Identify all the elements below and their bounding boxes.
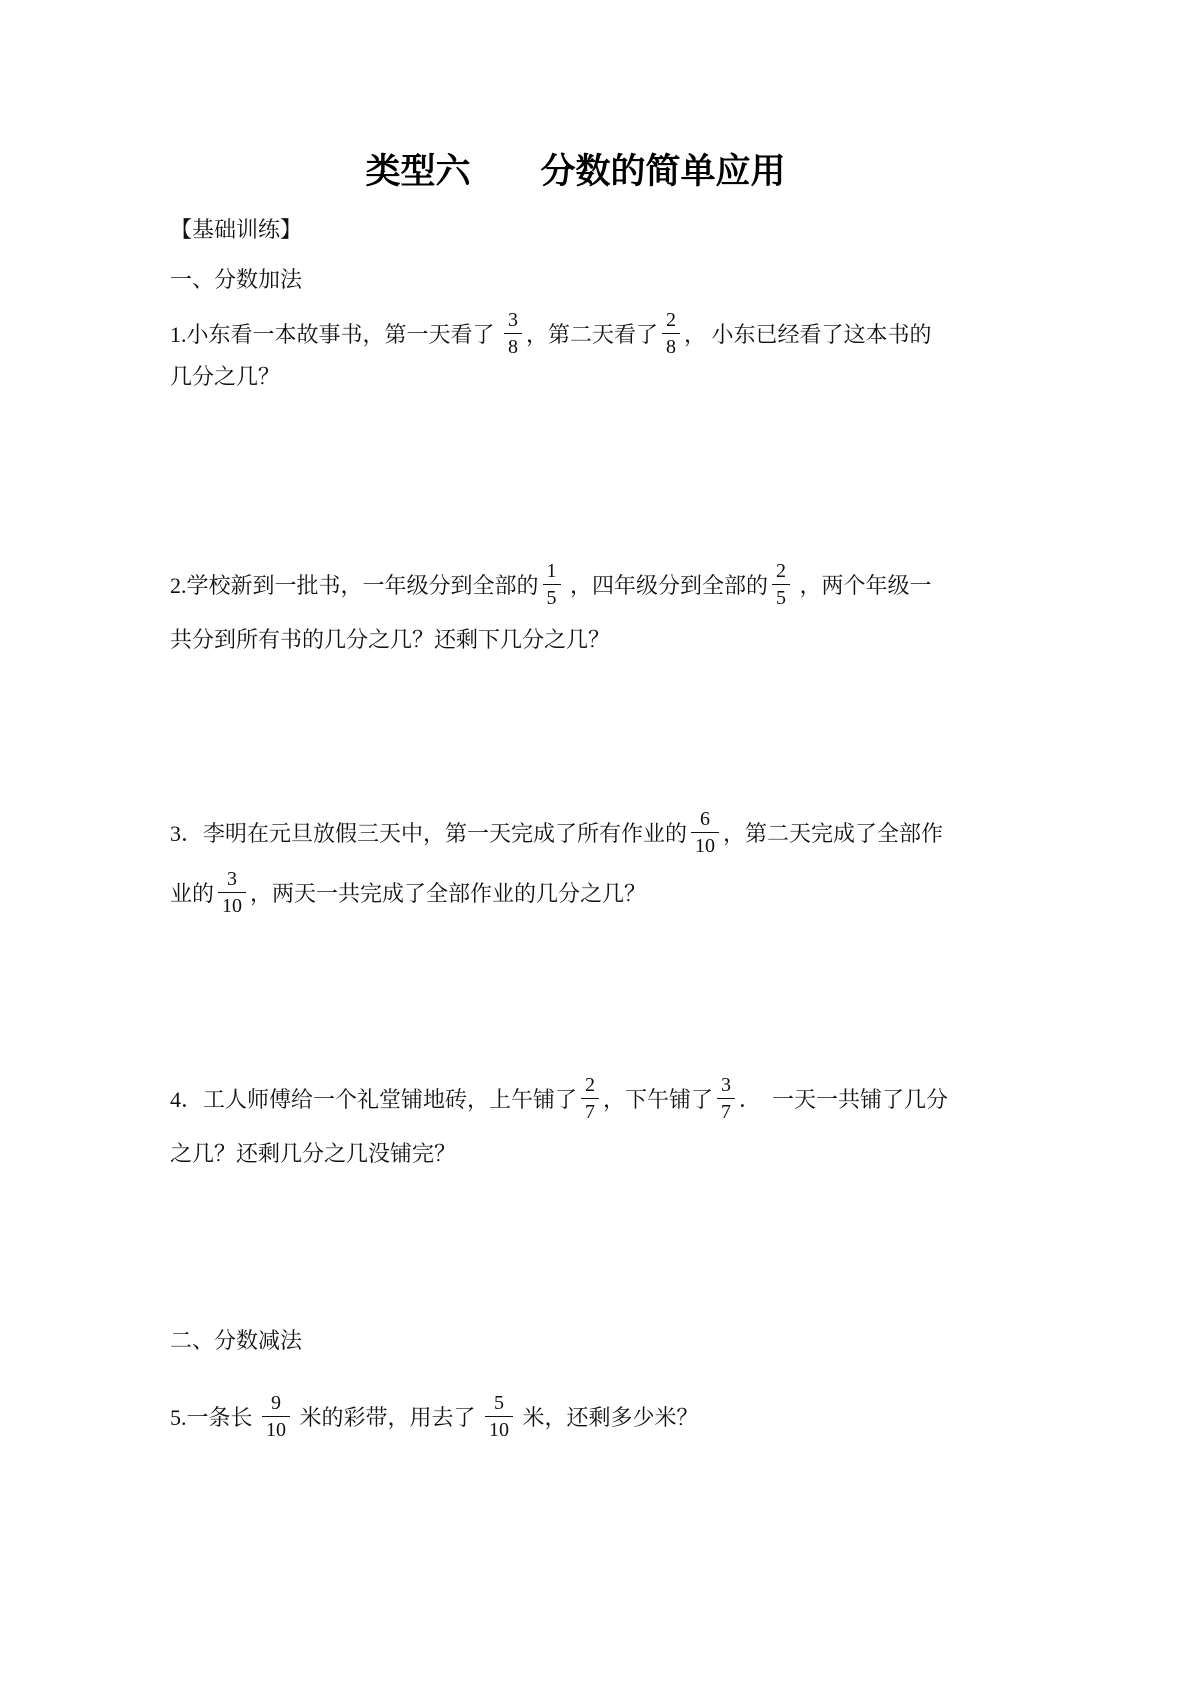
question-3-line-2: 业的310，两天一共完成了全部作业的几分之几？ (170, 863, 981, 921)
fraction-denominator: 10 (262, 1416, 290, 1440)
text-run: ， 小东已经看了这本书的 (684, 318, 932, 349)
part1-heading: 一、分数加法 (170, 266, 981, 294)
fraction-denominator: 5 (543, 584, 561, 608)
fraction: 27 (581, 1075, 599, 1122)
fraction-denominator: 8 (504, 333, 522, 357)
fraction-denominator: 10 (485, 1416, 513, 1440)
fraction-numerator: 3 (223, 869, 241, 892)
question-4-line-2: 之几？还剩几分之几没铺完？ (170, 1141, 981, 1167)
fraction-numerator: 3 (504, 310, 522, 333)
page-title: 类型六 分数的简单应用 (170, 150, 981, 194)
fraction-numerator: 2 (581, 1075, 599, 1098)
fraction: 510 (485, 1393, 513, 1440)
section-label: 【基础训练】 (170, 216, 981, 244)
fraction-denominator: 7 (581, 1098, 599, 1122)
fraction-denominator: 5 (772, 584, 790, 608)
text-run: ，四年级分到全部的 (565, 569, 769, 600)
fraction-numerator: 2 (662, 310, 680, 333)
fraction: 15 (543, 561, 561, 608)
question-1-line-2: 几分之几？ (170, 364, 981, 390)
fraction-denominator: 10 (691, 832, 719, 856)
question-4-line-1: 4．工人师傅给一个礼堂铺地砖，上午铺了27，下午铺了37． 一天一共铺了几分 (170, 1069, 981, 1127)
text-run: 2.学校新到一批书，一年级分到全部的 (170, 569, 539, 600)
fraction-numerator: 3 (717, 1075, 735, 1098)
part2-heading: 二、分数减法 (170, 1327, 981, 1355)
fraction-denominator: 7 (717, 1098, 735, 1122)
text-run: ，两天一共完成了全部作业的几分之几？ (250, 877, 646, 908)
fraction-numerator: 1 (543, 561, 561, 584)
fraction: 910 (262, 1393, 290, 1440)
text-run: ，第二天看了 (526, 318, 658, 349)
fraction-numerator: 9 (267, 1393, 285, 1416)
text-run: 5.一条长 (170, 1401, 258, 1432)
text-run: 业的 (170, 877, 214, 908)
question-2-line-1: 2.学校新到一批书，一年级分到全部的15 ，四年级分到全部的25 ，两个年级一 (170, 555, 981, 613)
text-run: ，两个年级一 (794, 569, 932, 600)
fraction-numerator: 5 (490, 1393, 508, 1416)
fraction-numerator: 6 (696, 809, 714, 832)
text-run: 米，还剩多少米？ (517, 1401, 699, 1432)
worksheet-page: 类型六 分数的简单应用 【基础训练】 一、分数加法 1.小东看一本故事书，第一天… (0, 0, 1191, 1684)
question-3-line-1: 3．李明在元旦放假三天中，第一天完成了所有作业的610，第二天完成了全部作 (170, 803, 981, 861)
text-run: ，下午铺了 (603, 1083, 713, 1114)
fraction: 25 (772, 561, 790, 608)
text-run: 3．李明在元旦放假三天中，第一天完成了所有作业的 (170, 817, 687, 848)
text-run: ． 一天一共铺了几分 (739, 1083, 948, 1114)
fraction: 610 (691, 809, 719, 856)
text-run: ，第二天完成了全部作 (723, 817, 943, 848)
text-run: 1.小东看一本故事书，第一天看了 (170, 318, 500, 349)
fraction: 37 (717, 1075, 735, 1122)
fraction: 28 (662, 310, 680, 357)
fraction: 38 (504, 310, 522, 357)
fraction-denominator: 8 (662, 333, 680, 357)
text-run: 米的彩带，用去了 (294, 1401, 481, 1432)
question-1-line-1: 1.小东看一本故事书，第一天看了 38，第二天看了28， 小东已经看了这本书的 (170, 304, 981, 362)
question-2-line-2: 共分到所有书的几分之几？还剩下几分之几？ (170, 627, 981, 653)
text-run: 4．工人师傅给一个礼堂铺地砖，上午铺了 (170, 1083, 577, 1114)
question-5-line-1: 5.一条长 910 米的彩带，用去了 510 米，还剩多少米？ (170, 1387, 981, 1445)
fraction-denominator: 10 (218, 892, 246, 916)
fraction: 310 (218, 869, 246, 916)
fraction-numerator: 2 (772, 561, 790, 584)
